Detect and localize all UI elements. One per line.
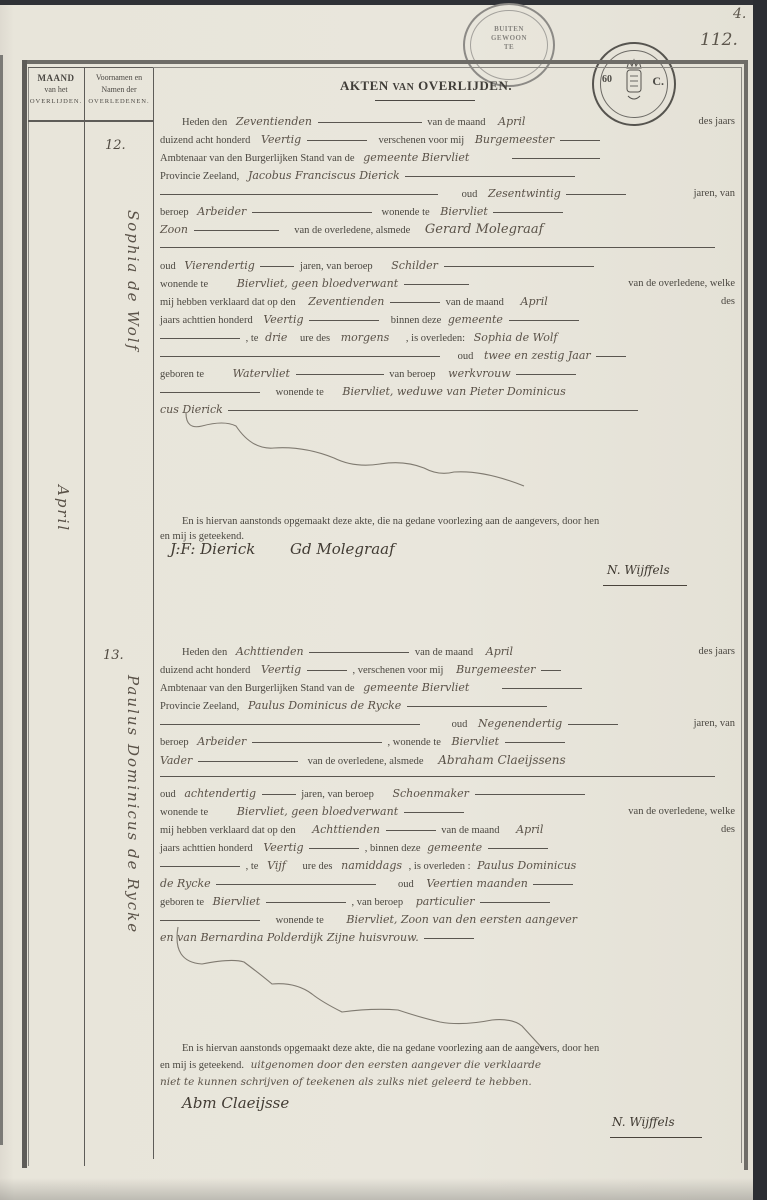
registrar-signature: N. Wijffels <box>607 563 670 577</box>
handwritten-entry: Schoenmaker <box>392 787 468 800</box>
witness-signature: Gd Molegraaf <box>290 540 395 558</box>
handwritten-entry: Veertig <box>263 841 303 854</box>
handwritten-entry: Zeventienden <box>236 115 312 128</box>
handwritten-entry: namiddags <box>341 859 402 872</box>
act-line: jaars achttien honderd Veertig , binnen … <box>160 839 735 857</box>
handwritten-entry: twee en zestig Jaar <box>484 349 591 362</box>
column-divider-2 <box>153 68 154 1159</box>
handwritten-entry: Jacobus Franciscus Dierick <box>248 169 400 182</box>
handwritten-entry: Veertig <box>263 313 303 326</box>
act-line: Heden den Zeventienden van de maand Apri… <box>160 113 735 131</box>
printed-text: geboren te <box>160 369 204 380</box>
printed-text: des <box>721 821 735 839</box>
title-akten: AKTEN <box>340 78 389 93</box>
handwritten-entry: Burgemeester <box>456 663 535 676</box>
act-line: mij hebben verklaard dat op den Achttien… <box>160 821 735 839</box>
act-line: beroep Arbeider , wonende te Biervliet <box>160 733 735 751</box>
handwritten-entry: Burgemeester <box>475 133 554 146</box>
handwritten-entry: Watervliet <box>233 367 290 380</box>
handwritten-entry: April <box>486 645 513 658</box>
printed-text: mij hebben verklaard dat op den <box>160 825 296 836</box>
printed-text: Heden den <box>182 117 227 128</box>
handwritten-entry: Paulus Dominicus <box>477 859 576 872</box>
header-voornamen-l3: OVERLEDENEN. <box>85 96 153 108</box>
handwritten-entry: Arbeider <box>197 735 246 748</box>
closing-text: niet te kunnen schrijven of teekenen als… <box>160 1073 735 1091</box>
printed-text: wonende te <box>160 807 208 818</box>
printed-text: , is overleden: <box>406 333 465 344</box>
printed-text: duizend acht honderd <box>160 665 250 676</box>
printed-text: duizend acht honderd <box>160 135 250 146</box>
handwritten-entry: Vijf <box>267 859 286 872</box>
act-line: mij hebben verklaard dat op den Zeventie… <box>160 293 735 311</box>
title-van: VAN <box>392 82 414 93</box>
handwritten-entry: Zeventienden <box>308 295 384 308</box>
printed-text: des jaars <box>699 113 735 131</box>
printed-text: van de maand <box>427 117 485 128</box>
handwritten-entry: Vierendertig <box>184 259 254 272</box>
header-maand-l2: van het <box>28 84 84 96</box>
header-rule-col2 <box>85 120 153 122</box>
printed-text: van de maand <box>446 297 504 308</box>
margin-deceased-name: Paulus Dominicus de Rycke <box>124 675 142 934</box>
printed-text: beroep <box>160 737 189 748</box>
printed-text: van beroep <box>389 369 435 380</box>
handwritten-entry: achtendertig <box>184 787 256 800</box>
printed-text: wonende te <box>382 207 430 218</box>
act-line: Provincie Zeeland, Jacobus Franciscus Di… <box>160 167 735 185</box>
printed-text: oud <box>160 789 176 800</box>
handwritten-entry: Biervliet, geen bloedverwant <box>237 805 398 818</box>
handwritten-entry: Veertig <box>261 663 301 676</box>
handwritten-entry: gemeente <box>427 841 482 854</box>
printed-text: jaars achttien honderd <box>160 843 253 854</box>
act-line: , te drie ure des morgens , is overleden… <box>160 329 735 347</box>
page-left-edge <box>0 55 3 1145</box>
printed-text: binnen deze <box>391 315 441 326</box>
handwritten-entry: niet te kunnen schrijven of teekenen als… <box>160 1076 532 1088</box>
handwritten-entry: Schilder <box>391 259 438 272</box>
printed-text: van de maand <box>415 647 473 658</box>
closing-text: en mij is geteekend. uitgenomen door den… <box>160 1056 735 1074</box>
printed-text: jaren, van beroep <box>300 261 373 272</box>
handwritten-entry: morgens <box>341 331 390 344</box>
act-line: oud twee en zestig Jaar <box>160 347 735 365</box>
handwritten-entry: Zesentwintig <box>488 187 561 200</box>
printed-text: verschenen voor mij <box>378 135 464 146</box>
handwritten-entry: Achttienden <box>236 645 304 658</box>
handwritten-entry: Biervliet, geen bloedverwant <box>237 277 398 290</box>
act-line: , te Vijf ure des namiddags , is overled… <box>160 857 735 875</box>
printed-text: En is hiervan aanstonds opgemaakt deze a… <box>182 516 599 527</box>
column-inner-left-rule <box>28 68 29 1166</box>
act-line: oud achtendertig jaren, van beroep Schoe… <box>160 785 735 803</box>
printed-text: wonende te <box>160 279 208 290</box>
printed-text: oud <box>452 719 468 730</box>
printed-text: van de maand <box>441 825 499 836</box>
title-underline <box>375 100 475 101</box>
frame-left-border <box>22 60 27 1168</box>
printed-text: jaren, van beroep <box>301 789 374 800</box>
handwritten-entry: Biervliet <box>452 735 500 748</box>
printed-text: Ambtenaar van den Burgerlijken Stand van… <box>160 153 355 164</box>
witness-signature: Abm Claeijsse <box>182 1094 289 1112</box>
act-line: Heden den Achttienden van de maand April… <box>160 643 735 661</box>
header-top-rule <box>28 67 153 68</box>
act-line: oud Zesentwintig jaren, van <box>160 185 735 203</box>
handwritten-entry: Paulus Dominicus de Rycke <box>248 699 401 712</box>
handwritten-entry: gemeente Biervliet <box>363 681 469 694</box>
act-line: duizend acht honderd Veertig verschenen … <box>160 131 735 149</box>
handwritten-entry: de Rycke <box>160 877 211 890</box>
act-line: wonende te Biervliet, weduwe van Pieter … <box>160 383 735 401</box>
printed-text: van de overledene, alsmede <box>294 225 410 236</box>
page-bottom-shadow <box>0 1178 753 1200</box>
act-line: beroep Arbeider wonende te Biervliet <box>160 203 735 221</box>
printed-text: oud <box>160 261 176 272</box>
handwritten-entry: gemeente Biervliet <box>363 151 469 164</box>
printed-text: , wonende te <box>388 737 441 748</box>
printed-text: Provincie Zeeland, <box>160 701 239 712</box>
printed-text: wonende te <box>276 387 324 398</box>
printed-text: , te <box>246 333 259 344</box>
printed-text: , van beroep <box>351 897 403 908</box>
page-title: AKTEN VAN OVERLIJDEN. <box>340 78 512 94</box>
frame-inner-top-rule <box>153 67 742 68</box>
act-line: Ambtenaar van den Burgerlijken Stand van… <box>160 679 735 697</box>
act-line <box>160 239 735 257</box>
act-line: jaars achttien honderd Veertig binnen de… <box>160 311 735 329</box>
header-voornamen-l2: Namen der <box>85 84 153 96</box>
printed-text: van de overledene, welke <box>628 803 735 821</box>
printed-text: Provincie Zeeland, <box>160 171 239 182</box>
act-line: wonende te Biervliet, geen bloedverwant … <box>160 275 735 293</box>
handwritten-entry: April <box>516 823 543 836</box>
handwritten-entry: Biervliet <box>440 205 488 218</box>
printed-text: ure des <box>300 333 330 344</box>
printed-text: mij hebben verklaard dat op den <box>160 297 296 308</box>
printed-text: geboren te <box>160 897 204 908</box>
handwritten-entry: particulier <box>416 895 475 908</box>
stamp-text: TE <box>465 43 553 52</box>
stamp-text: GEWOON <box>465 34 553 43</box>
act-line: Vader van de overledene, alsmede Abraham… <box>160 751 735 769</box>
act-line: Ambtenaar van den Burgerlijken Stand van… <box>160 149 735 167</box>
header-voornamen: Voornamen en Namen der OVERLEDENEN. <box>85 72 153 108</box>
printed-text: ure des <box>302 861 332 872</box>
handwritten-entry: Arbeider <box>197 205 246 218</box>
handwritten-entry: werkvrouw <box>448 367 510 380</box>
header-maand: MAAND van het OVERLIJDEN. <box>28 72 84 108</box>
printed-text: des jaars <box>699 643 735 661</box>
scan-right-edge <box>753 0 767 1200</box>
printed-text: Heden den <box>182 647 227 658</box>
handwritten-entry: April <box>521 295 548 308</box>
handwritten-entry: Veertig <box>261 133 301 146</box>
handwritten-entry: Negenendertig <box>478 717 562 730</box>
handwritten-entry: Veertien maanden <box>426 877 528 890</box>
printed-text: Ambtenaar van den Burgerlijken Stand van… <box>160 683 355 694</box>
printed-text: van de overledene, alsmede <box>308 756 424 767</box>
header-maand-l3: OVERLIJDEN. <box>28 96 84 108</box>
act-line: oud Vierendertig jaren, van beroep Schil… <box>160 257 735 275</box>
signature-flourish <box>610 1137 702 1138</box>
printed-text: jaren, van <box>694 185 735 203</box>
act-line: Zoon van de overledene, alsmede Gerard M… <box>160 221 735 239</box>
handwritten-entry: Biervliet <box>213 895 261 908</box>
act-line: de Rycke oud Veertien maanden <box>160 875 735 893</box>
printed-text: jaren, van <box>694 715 735 733</box>
printed-text: beroep <box>160 207 189 218</box>
handwritten-entry: Zoon <box>160 223 188 236</box>
folio-number: 4. <box>733 6 746 22</box>
act-line: geboren te Watervliet van beroep werkvro… <box>160 365 735 383</box>
printed-text: oud <box>462 189 478 200</box>
act-number: 12. <box>105 138 126 153</box>
header-rule-col1 <box>28 120 84 122</box>
signature-flourish <box>603 585 687 586</box>
margin-month: April <box>54 485 72 532</box>
handwritten-entry: Biervliet, weduwe van Pieter Dominicus <box>342 385 565 398</box>
act-line: oud Negenendertig jaren, van <box>160 715 735 733</box>
act-line: Provincie Zeeland, Paulus Dominicus de R… <box>160 697 735 715</box>
act-line: geboren te Biervliet , van beroep partic… <box>160 893 735 911</box>
printed-text: jaars achttien honderd <box>160 315 253 326</box>
printed-text: oud <box>458 351 474 362</box>
margin-deceased-name: Sophia de Wolf <box>124 210 142 352</box>
frame-inner-right-rule <box>741 68 742 1163</box>
handwritten-entry: April <box>498 115 525 128</box>
handwritten-entry: uitgenomen door den eersten aangever die… <box>251 1059 541 1071</box>
handwritten-entry: Achttienden <box>312 823 380 836</box>
registrar-signature: N. Wijffels <box>612 1115 675 1129</box>
act-line: wonende te Biervliet, geen bloedverwant … <box>160 803 735 821</box>
title-overlijden: OVERLIJDEN. <box>418 78 512 93</box>
handwritten-entry: Vader <box>160 754 192 767</box>
act-number: 13. <box>103 648 124 663</box>
header-voornamen-l1: Voornamen en <box>85 72 153 84</box>
printed-text: des <box>721 293 735 311</box>
act-line <box>160 768 735 786</box>
printed-text: van de overledene, welke <box>628 275 735 293</box>
printed-text: oud <box>398 879 414 890</box>
printed-text: en mij is geteekend. <box>160 1060 244 1071</box>
column-divider-1 <box>84 68 85 1166</box>
printed-text: , verschenen voor mij <box>352 665 443 676</box>
printed-text: , te <box>246 861 259 872</box>
cancel-line-squiggle <box>184 408 604 498</box>
handwritten-entry: Gerard Molegraaf <box>425 222 544 237</box>
handwritten-entry: Abraham Claeijssens <box>438 753 565 767</box>
stamp-text: BUITEN <box>465 25 553 34</box>
header-maand-l1: MAAND <box>28 72 84 84</box>
cancel-line-squiggle <box>172 922 592 1032</box>
act-line: duizend acht honderd Veertig , verschene… <box>160 661 735 679</box>
scan-top-edge <box>0 0 767 5</box>
handwritten-entry: Sophia de Wolf <box>474 331 558 344</box>
handwritten-entry: gemeente <box>448 313 503 326</box>
witness-signature: J:F: Dierick <box>170 540 255 558</box>
handwritten-entry: drie <box>265 331 287 344</box>
printed-text: En is hiervan aanstonds opgemaakt deze a… <box>182 1043 599 1054</box>
printed-text: , is overleden : <box>409 861 471 872</box>
printed-text: , binnen deze <box>365 843 421 854</box>
folio-number-secondary: 112. <box>700 30 738 50</box>
